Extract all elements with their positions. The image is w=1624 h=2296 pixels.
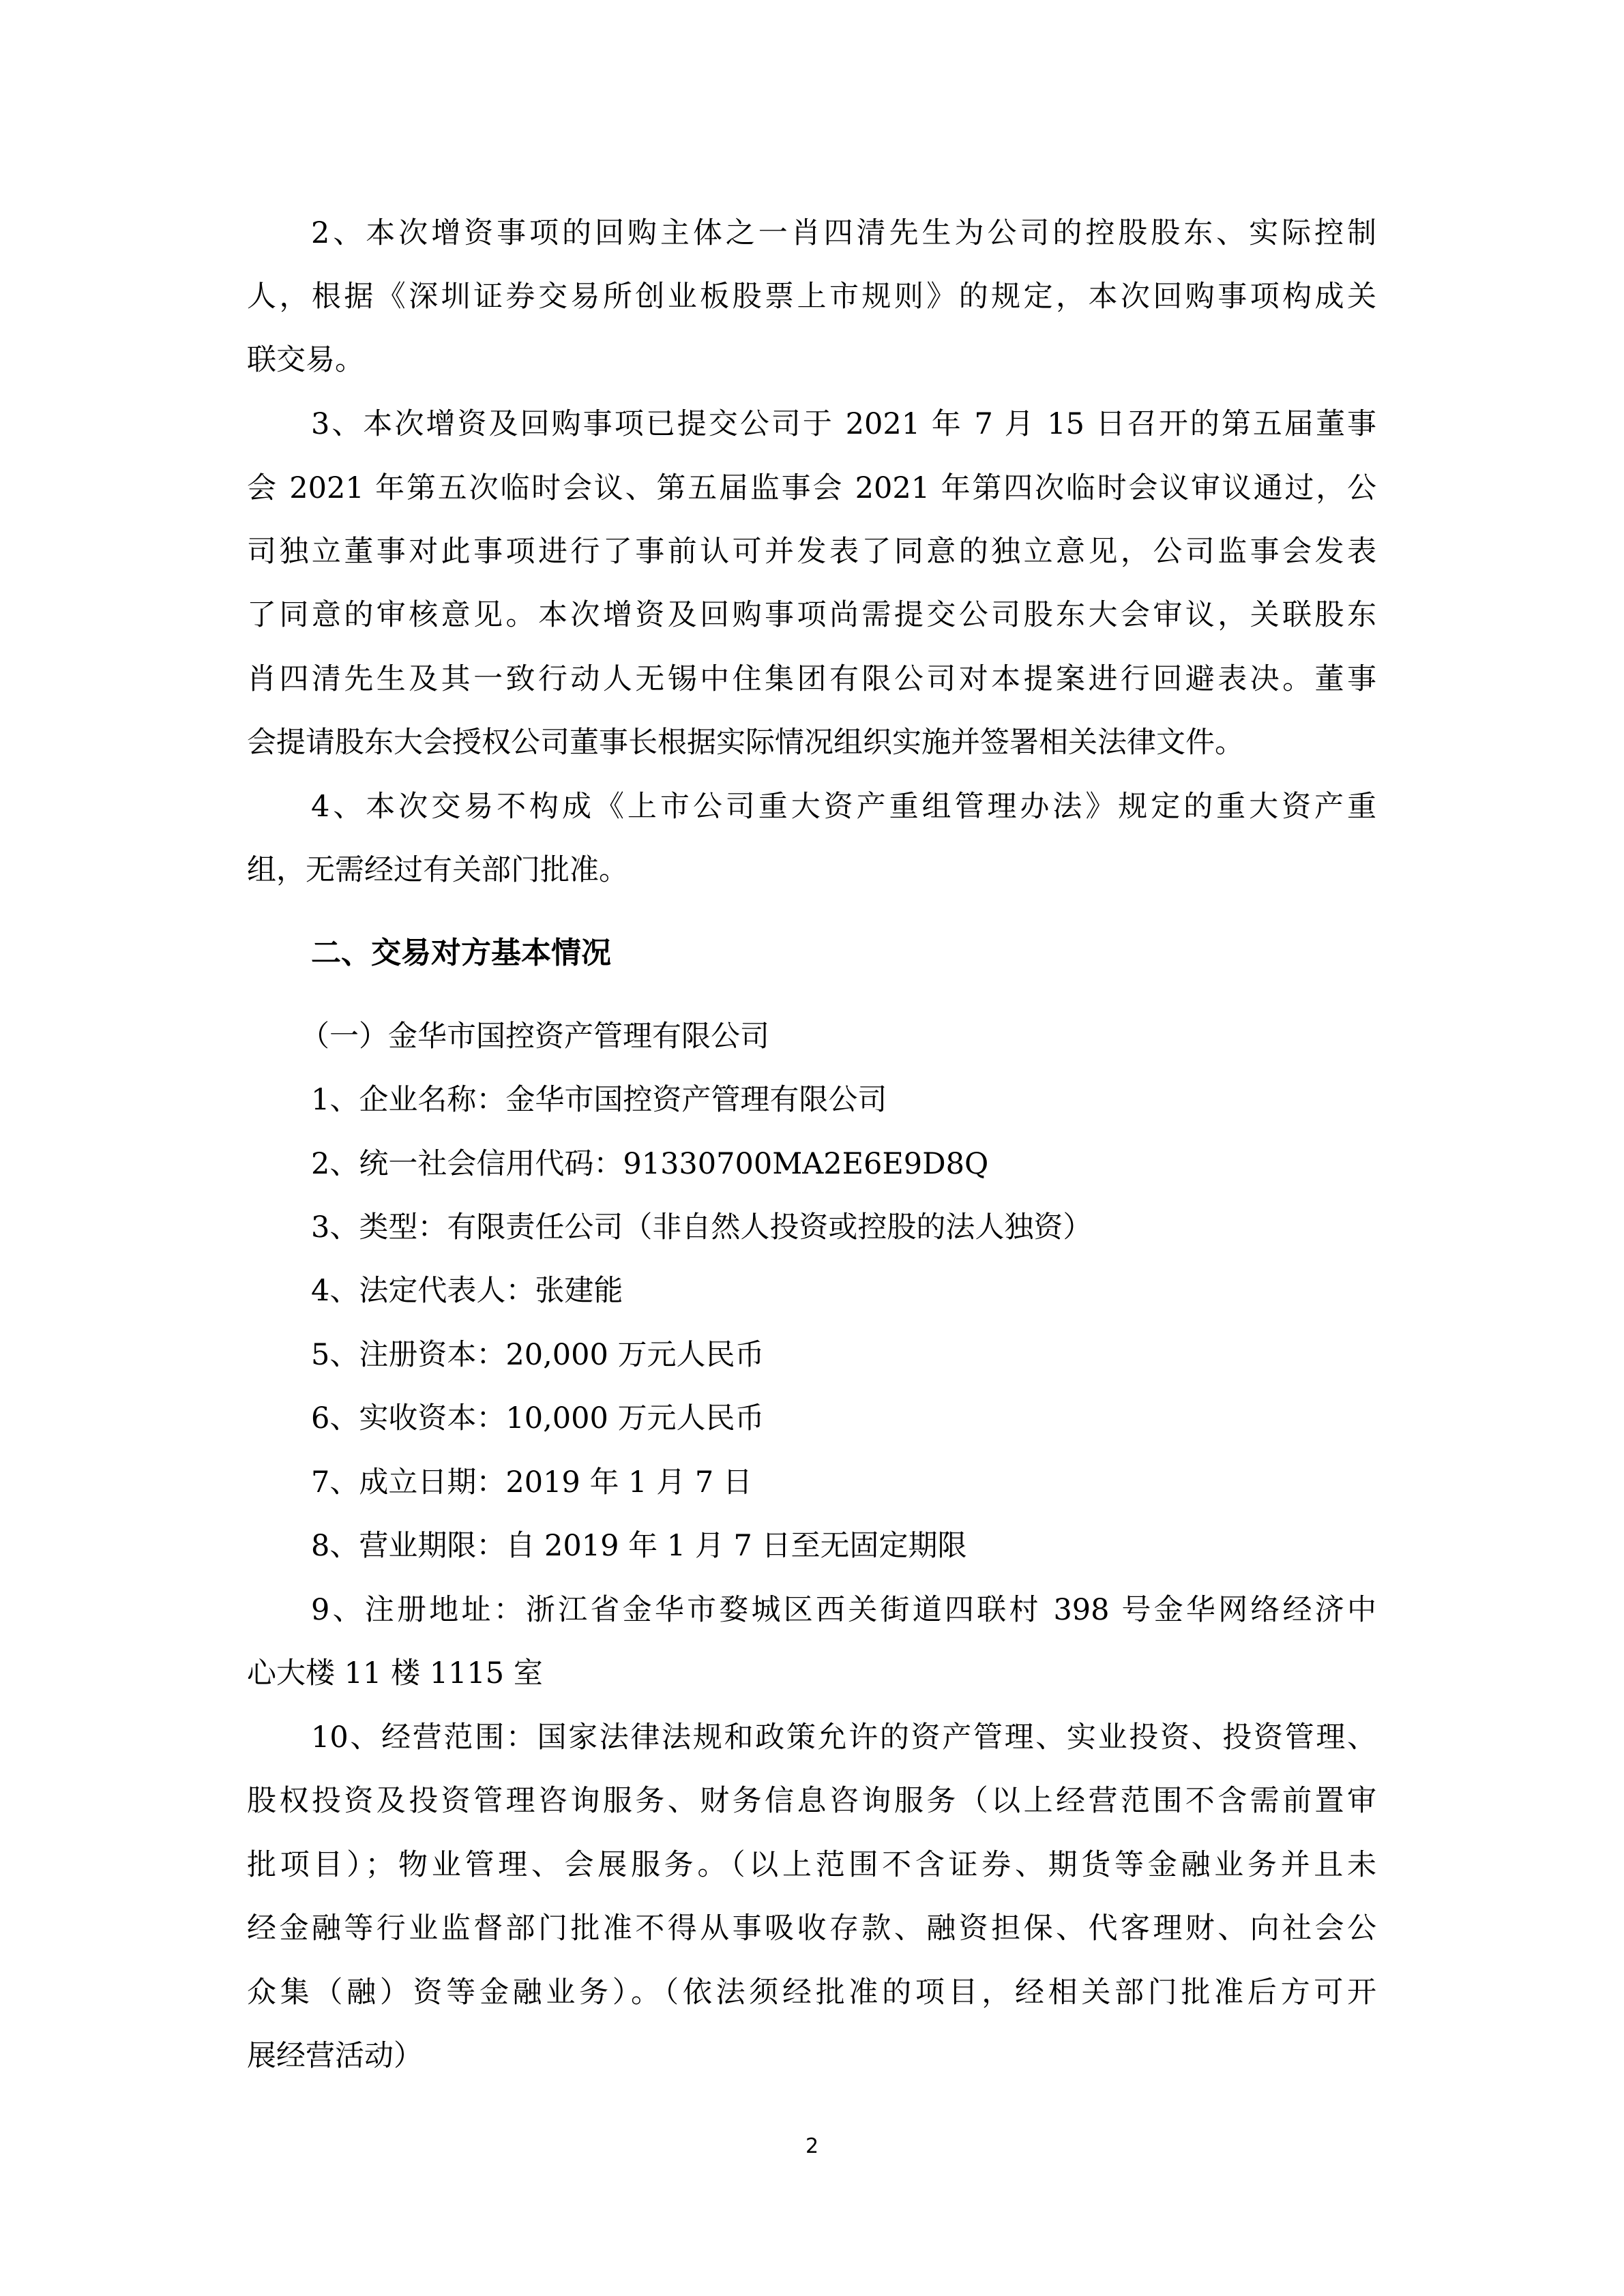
info-value: 有限责任公司（非自然人投资或控股的法人独资）: [447, 1210, 1092, 1244]
info-value: 20,000 万元人民币: [505, 1338, 764, 1372]
text-line: 了同意的审核意见。本次增资及回购事项尚需提交公司股东大会审议，关联股东: [247, 595, 1376, 636]
text-line: 会提请股东大会授权公司董事长根据实际情况组织实施并签署相关法律文件。: [247, 722, 1376, 763]
page-number: 2: [0, 2134, 1624, 2158]
info-label: 2、统一社会信用代码：: [311, 1147, 623, 1181]
info-item-company-name: 1、企业名称：金华市国控资产管理有限公司: [311, 1079, 1376, 1120]
text-line: 经金融等行业监督部门批准不得从事吸收存款、融资担保、代客理财、向社会公: [247, 1908, 1376, 1949]
text-line: 2、本次增资事项的回购主体之一肖四清先生为公司的控股股东、实际控制: [311, 213, 1376, 254]
info-value: 10,000 万元人民币: [505, 1401, 764, 1435]
info-value: 91330700MA2E6E9D8Q: [623, 1147, 988, 1181]
text-line: 批项目）；物业管理、会展服务。（以上范围不含证券、期货等金融业务并且未: [247, 1845, 1376, 1885]
info-item-business-term: 8、营业期限：自 2019 年 1 月 7 日至无固定期限: [311, 1525, 1376, 1566]
text-line: 司独立董事对此事项进行了事前认可并发表了同意的独立意见，公司监事会发表: [247, 531, 1376, 572]
info-item-credit-code: 2、统一社会信用代码：91330700MA2E6E9D8Q: [311, 1144, 1376, 1184]
info-label: 7、成立日期：: [311, 1465, 505, 1500]
text-line: 组，无需经过有关部门批准。: [247, 850, 1376, 891]
info-value: 自 2019 年 1 月 7 日至无固定期限: [505, 1529, 966, 1563]
document-page: 2、本次增资事项的回购主体之一肖四清先生为公司的控股股东、实际控制 人，根据《深…: [0, 0, 1624, 2296]
info-item-founded-date: 7、成立日期：2019 年 1 月 7 日: [311, 1462, 1376, 1503]
info-label: 8、营业期限：: [311, 1529, 505, 1563]
info-item-legal-rep: 4、法定代表人：张建能: [311, 1270, 1376, 1311]
text-line: 10、经营范围：国家法律法规和政策允许的资产管理、实业投资、投资管理、: [311, 1717, 1376, 1758]
text-line: 3、本次增资及回购事项已提交公司于 2021 年 7 月 15 日召开的第五届董…: [311, 404, 1376, 445]
info-label: 3、类型：: [311, 1210, 447, 1244]
text-line: 心大楼 11 楼 1115 室: [247, 1653, 1376, 1694]
info-label: 6、实收资本：: [311, 1401, 505, 1435]
info-item-paid-capital: 6、实收资本：10,000 万元人民币: [311, 1398, 1376, 1439]
text-line: 4、本次交易不构成《上市公司重大资产重组管理办法》规定的重大资产重: [311, 786, 1376, 827]
info-label: 4、法定代表人：: [311, 1274, 535, 1308]
text-line: 人，根据《深圳证券交易所创业板股票上市规则》的规定，本次回购事项构成关: [247, 276, 1376, 317]
info-value: 张建能: [535, 1274, 623, 1308]
text-line: 联交易。: [247, 340, 1376, 381]
subsection-heading: （一）金华市国控资产管理有限公司: [300, 1016, 769, 1057]
text-line: 肖四清先生及其一致行动人无锡中住集团有限公司对本提案进行回避表决。董事: [247, 659, 1376, 700]
info-label: 1、企业名称：: [311, 1083, 505, 1117]
info-label: 5、注册资本：: [311, 1338, 505, 1372]
text-line: 会 2021 年第五次临时会议、第五届监事会 2021 年第四次临时会议审议通过…: [247, 468, 1376, 509]
text-line: 股权投资及投资管理咨询服务、财务信息咨询服务（以上经营范围不含需前置审: [247, 1780, 1376, 1821]
info-item-type: 3、类型：有限责任公司（非自然人投资或控股的法人独资）: [311, 1207, 1376, 1248]
section-heading: 二、交易对方基本情况: [311, 933, 1376, 974]
info-item-registered-capital: 5、注册资本：20,000 万元人民币: [311, 1335, 1376, 1375]
info-value: 金华市国控资产管理有限公司: [505, 1083, 887, 1117]
text-line: 9、注册地址：浙江省金华市婺城区西关街道四联村 398 号金华网络经济中: [311, 1590, 1376, 1630]
info-value: 2019 年 1 月 7 日: [505, 1465, 752, 1500]
text-line: 展经营活动）: [247, 2036, 1376, 2076]
text-line: 众集（融）资等金融业务）。（依法须经批准的项目，经相关部门批准后方可开: [247, 1972, 1376, 2013]
